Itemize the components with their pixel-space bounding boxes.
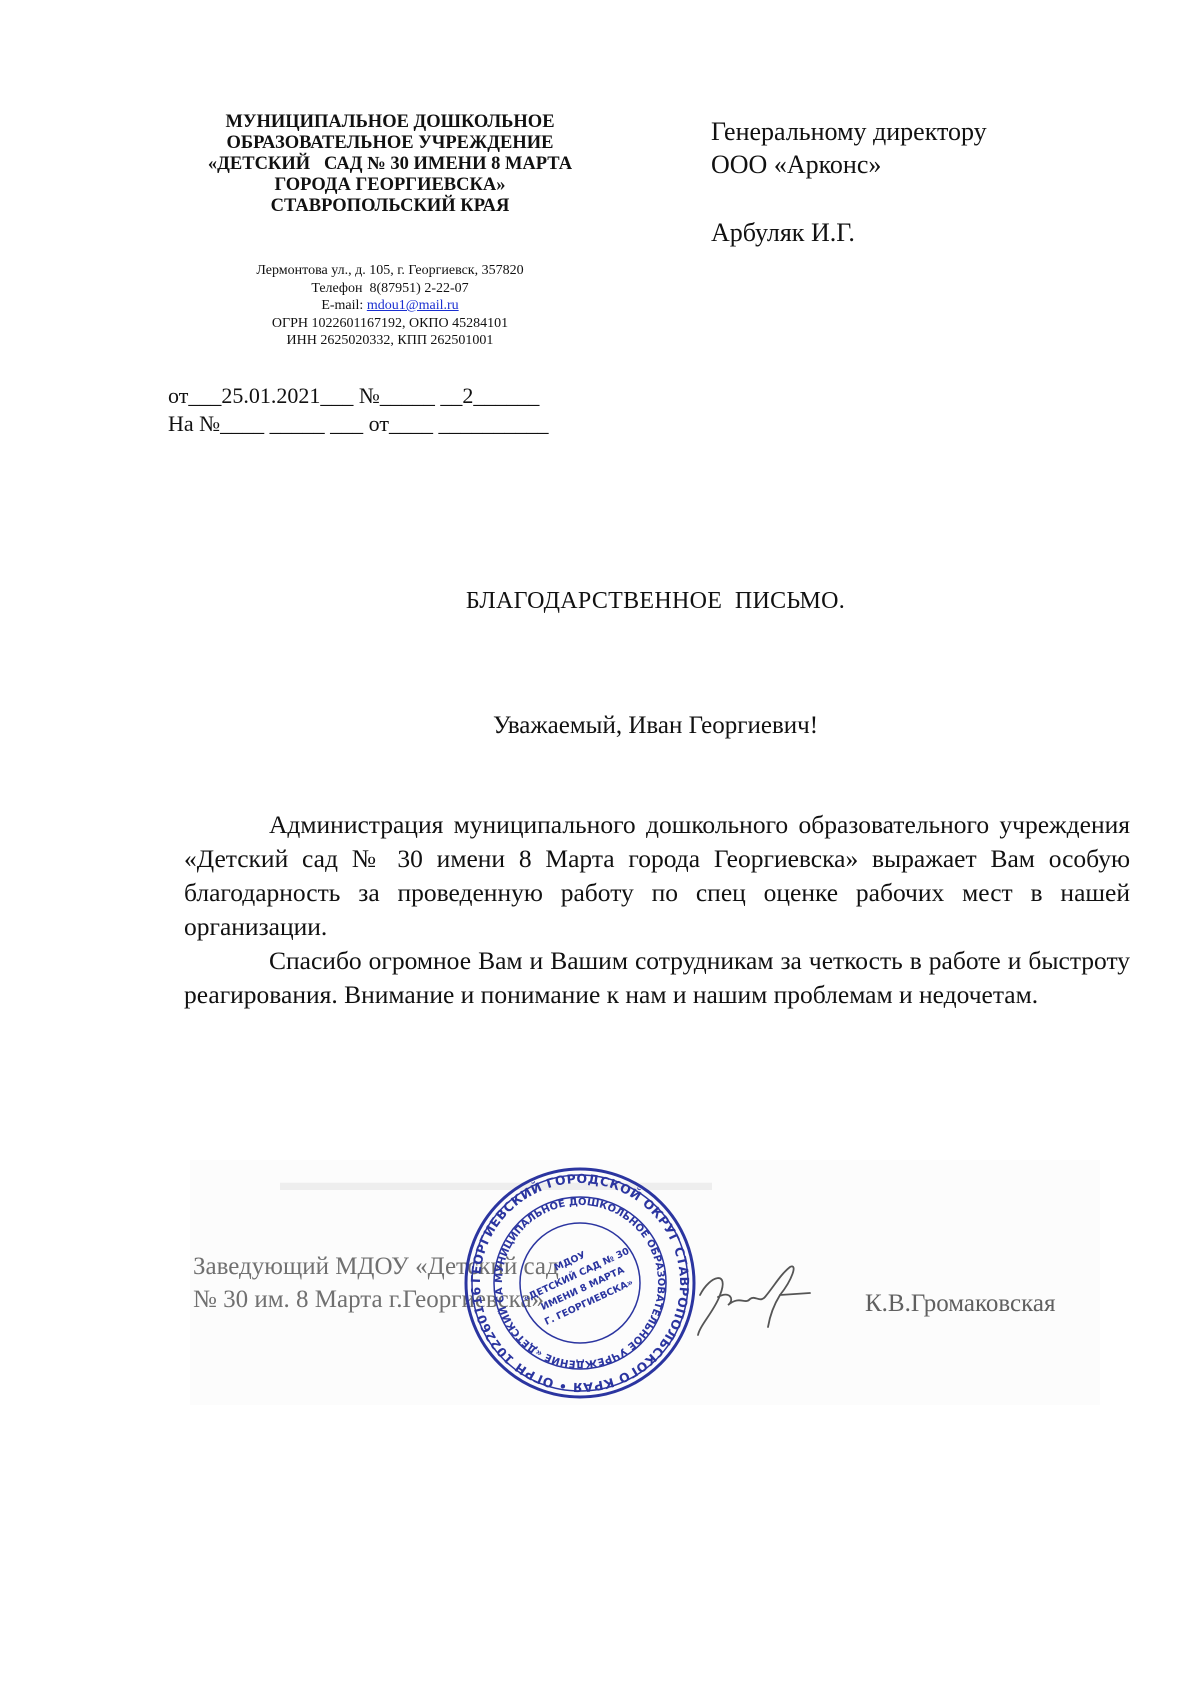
org-line: ОБРАЗОВАТЕЛЬНОЕ УЧРЕЖДЕНИЕ — [150, 133, 630, 154]
body-paragraph: Спасибо огромное Вам и Вашим сотрудникам… — [184, 944, 1130, 1012]
org-line: СТАВРОПОЛЬСКИЙ КРАЯ — [150, 196, 630, 217]
email-link[interactable]: mdou1@mail.ru — [367, 298, 459, 313]
recipient-block: Генеральному директору ООО «Арконс» Арбу… — [711, 115, 987, 249]
org-line: ГОРОДА ГЕОРГИЕВСКА» — [150, 175, 630, 196]
org-line: «ДЕТСКИЙ САД № 30 ИМЕНИ 8 МАРТА — [150, 154, 630, 175]
org-line: МУНИЦИПАЛЬНОЕ ДОШКОЛЬНОЕ — [150, 112, 630, 133]
recipient-position: Генеральному директору — [711, 115, 987, 148]
address: Лермонтова ул., д. 105, г. Георгиевск, 3… — [200, 262, 580, 280]
organization-header: МУНИЦИПАЛЬНОЕ ДОШКОЛЬНОЕ ОБРАЗОВАТЕЛЬНОЕ… — [150, 112, 630, 217]
official-stamp-icon: ГЕОРГИЕВСКИЙ ГОРОДСКОЙ ОКРУГ СТАВРОПОЛЬС… — [462, 1165, 698, 1401]
recipient-name: Арбуляк И.Г. — [711, 216, 987, 249]
inn-kpp: ИНН 2625020332, КПП 262501001 — [200, 332, 580, 350]
recipient-company: ООО «Арконс» — [711, 148, 987, 181]
contact-block: Лермонтова ул., д. 105, г. Георгиевск, 3… — [200, 262, 580, 350]
ogrn-okpo: ОГРН 1022601167192, ОКПО 45284101 — [200, 315, 580, 333]
body-paragraph: Администрация муниципального дошкольного… — [184, 808, 1130, 944]
email-label: E-mail: — [321, 298, 367, 313]
registration-line-outgoing: от___25.01.2021___ №_____ __2______ — [168, 383, 539, 409]
letter-body: Администрация муниципального дошкольного… — [184, 808, 1130, 1012]
signatory-name: К.В.Громаковская — [865, 1290, 1056, 1318]
email-line: E-mail: mdou1@mail.ru — [200, 297, 580, 315]
letter-title: БЛАГОДАРСТВЕННОЕ ПИСЬМО. — [0, 588, 1191, 615]
registration-line-incoming: На №____ _____ ___ от____ __________ — [168, 411, 548, 437]
phone: Телефон 8(87951) 2-22-07 — [200, 280, 580, 298]
letter-greeting: Уважаемый, Иван Георгиевич! — [0, 712, 1191, 740]
handwritten-signature-icon — [680, 1255, 840, 1345]
